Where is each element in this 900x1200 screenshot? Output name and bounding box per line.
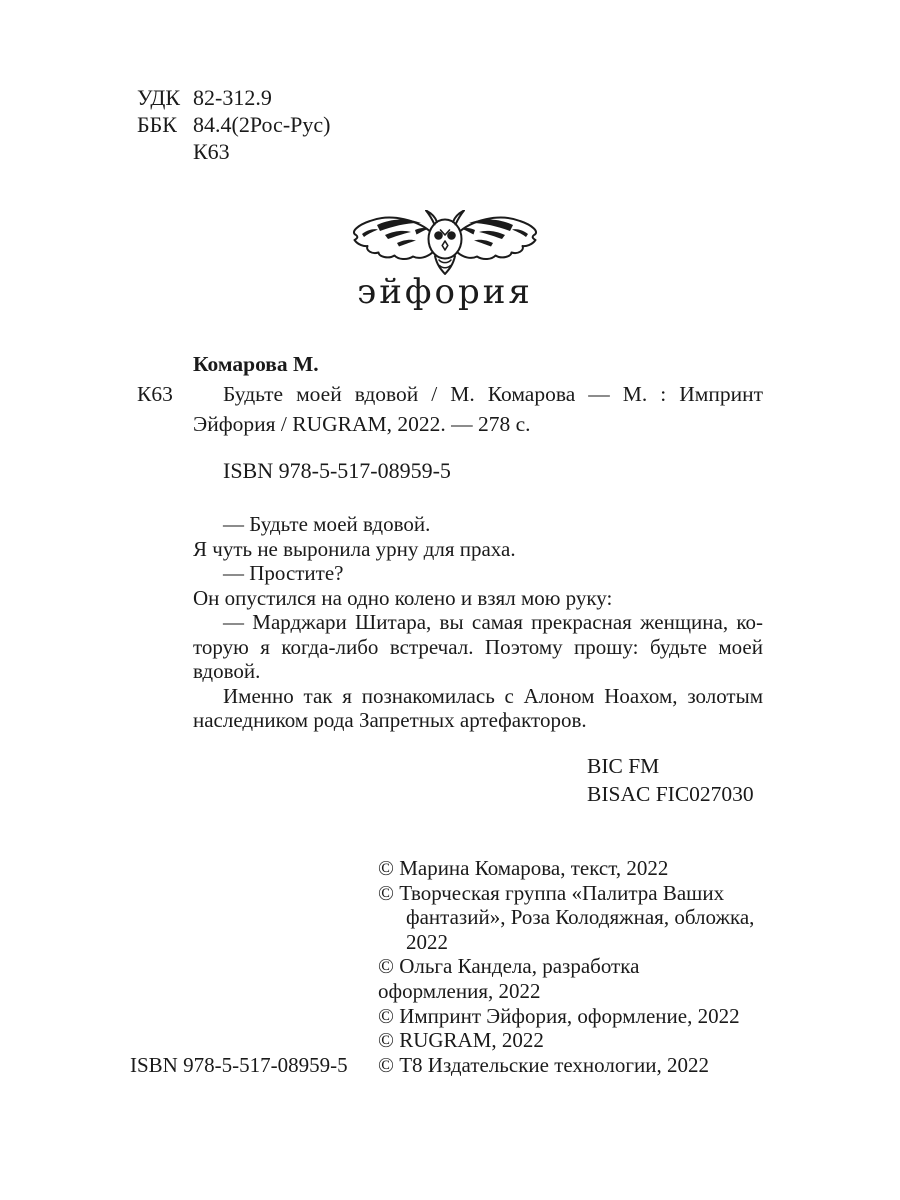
copyright-line: © Импринт Эйфория, оформление, 2022: [378, 1004, 788, 1029]
catalog-entry: К63 Будьте моей вдовой / М. Комарова — М…: [137, 379, 763, 439]
classification-row: ББК 84.4(2Рос-Рус): [137, 111, 330, 138]
copyright-line: фантазий», Роза Колодяжная, обложка,: [378, 905, 788, 930]
classification-value: 84.4(2Рос-Рус): [193, 111, 330, 138]
copyright-line: © Марина Комарова, текст, 2022: [378, 856, 788, 881]
publisher-logo: эйфория: [345, 210, 545, 310]
excerpt-line: — Будьте моей вдовой.: [193, 512, 763, 537]
classification-value: 82-312.9: [193, 84, 330, 111]
isbn-number: ISBN 978-5-517-08959-5: [223, 458, 451, 484]
classification-row: К63: [137, 138, 330, 165]
bic-code: BIC FM: [587, 753, 754, 781]
catalog-card: Комарова М. К63 Будьте моей вдовой / М. …: [137, 349, 763, 439]
catalog-title-line-2: Эйфория / RUGRAM, 2022. — 278 с.: [193, 409, 763, 439]
excerpt-line: — Простите?: [193, 561, 763, 586]
excerpt-line: Я чуть не выронила урну для праха.: [193, 537, 763, 562]
excerpt-line: — Марджари Шитара, вы самая прекрасная ж…: [193, 610, 763, 635]
genre-codes: BIC FM BISAC FIC027030: [587, 753, 754, 808]
owl-icon: [345, 210, 545, 276]
author-name: Комарова М.: [193, 349, 763, 379]
copyright-block: © Марина Комарова, текст, 2022© Творческ…: [378, 856, 788, 1077]
copyright-line: © Т8 Издательские технологии, 2022: [378, 1053, 788, 1078]
excerpt-block: — Будьте моей вдовой.Я чуть не выронила …: [193, 512, 763, 733]
classification-row: УДК 82-312.9: [137, 84, 330, 111]
copyright-line: оформления, 2022: [378, 979, 788, 1004]
classification-label: ББК: [137, 111, 193, 138]
excerpt-line: торую я когда-либо встречал. Поэтому про…: [193, 635, 763, 660]
classification-block: УДК 82-312.9 ББК 84.4(2Рос-Рус) К63: [137, 84, 330, 165]
excerpt-line: наследником рода Запретных артефакторов.: [193, 708, 763, 733]
excerpt-line: вдовой.: [193, 659, 763, 684]
catalog-index: К63: [137, 379, 173, 409]
classification-label: [137, 138, 193, 165]
classification-value: К63: [193, 138, 330, 165]
logo-wordmark: эйфория: [345, 274, 545, 310]
bottom-isbn-number: ISBN 978-5-517-08959-5: [130, 1053, 348, 1078]
catalog-title-line-1: Будьте моей вдовой / М. Комарова — М. : …: [193, 379, 763, 409]
book-imprint-page: УДК 82-312.9 ББК 84.4(2Рос-Рус) К63: [0, 0, 900, 1200]
copyright-line: © RUGRAM, 2022: [378, 1028, 788, 1053]
copyright-line: 2022: [378, 930, 788, 955]
excerpt-line: Он опустился на одно колено и взял мою р…: [193, 586, 763, 611]
excerpt-line: Именно так я познакомилась с Алоном Ноах…: [193, 684, 763, 709]
copyright-line: © Творческая группа «Палитра Ваших: [378, 881, 788, 906]
bisac-code: BISAC FIC027030: [587, 781, 754, 809]
copyright-line: © Ольга Кандела, разработка: [378, 954, 788, 979]
classification-label: УДК: [137, 84, 193, 111]
